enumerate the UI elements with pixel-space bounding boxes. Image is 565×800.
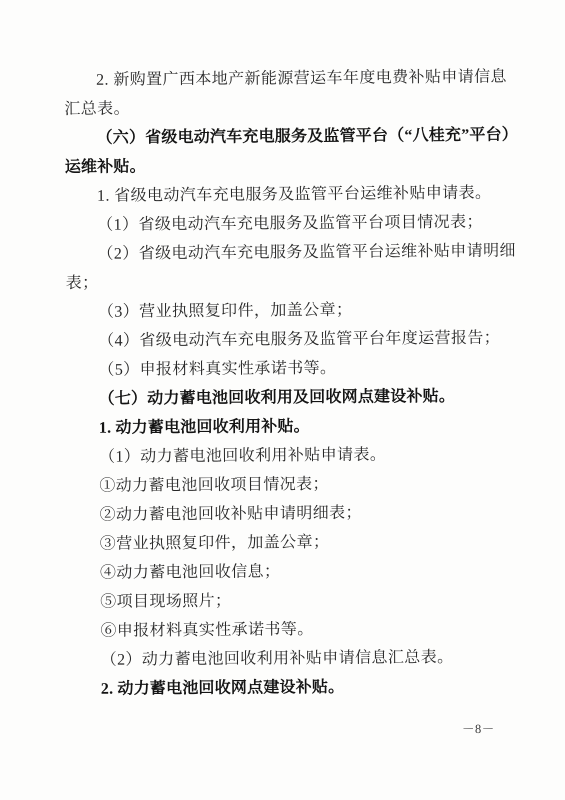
text-line: （六）省级电动汽车充电服务及监管平台（“八桂充”平台）	[64, 120, 516, 153]
text-line: ⑥申报材料真实性承诺书等。	[68, 613, 520, 646]
heading-paragraph: （七）动力蓄电池回收利用及回收网点建设补贴。	[67, 381, 519, 414]
text-line: （2）动力蓄电池回收利用补贴申请信息汇总表。	[69, 642, 521, 675]
document-page: 2. 新购置广西本地产新能源营运车年度电费补贴申请信息汇总表。（六）省级电动汽车…	[0, 0, 565, 800]
body-paragraph: （4）省级电动汽车充电服务及监管平台年度运营报告；	[66, 323, 518, 356]
text-line: 2. 新购置广西本地产新能源营运车年度电费补贴申请信息	[64, 62, 516, 95]
body-paragraph: ⑥申报材料真实性承诺书等。	[68, 613, 520, 646]
text-line: ④动力蓄电池回收信息；	[68, 555, 520, 588]
text-line: （1）省级电动汽车充电服务及监管平台项目情况表；	[65, 207, 517, 240]
text-line: （1）动力蓄电池回收利用补贴申请表。	[67, 439, 519, 472]
text-line: （5）申报材料真实性承诺书等。	[66, 352, 518, 385]
text-line: （3）营业执照复印件，加盖公章；	[66, 294, 518, 327]
body-paragraph: （1）动力蓄电池回收利用补贴申请表。	[67, 439, 519, 472]
text-line: ③营业执照复印件，加盖公章；	[68, 526, 520, 559]
document-body: 2. 新购置广西本地产新能源营运车年度电费补贴申请信息汇总表。（六）省级电动汽车…	[64, 62, 521, 704]
body-paragraph: （3）营业执照复印件，加盖公章；	[66, 294, 518, 327]
text-line: ⑤项目现场照片；	[68, 584, 520, 617]
body-paragraph: （1）省级电动汽车充电服务及监管平台项目情况表；	[65, 207, 517, 240]
text-line: ①动力蓄电池回收项目情况表；	[67, 468, 519, 501]
body-paragraph: ④动力蓄电池回收信息；	[68, 555, 520, 588]
text-line: 运维补贴。	[65, 149, 517, 182]
heading-paragraph: 2. 动力蓄电池回收网点建设补贴。	[69, 671, 521, 704]
text-line: （4）省级电动汽车充电服务及监管平台年度运营报告；	[66, 323, 518, 356]
body-paragraph: ②动力蓄电池回收补贴申请明细表；	[67, 497, 519, 530]
body-paragraph: 2. 新购置广西本地产新能源营运车年度电费补贴申请信息汇总表。	[64, 62, 516, 124]
body-paragraph: ⑤项目现场照片；	[68, 584, 520, 617]
body-paragraph: （2）省级电动汽车充电服务及监管平台运维补贴申请明细表；	[65, 236, 517, 298]
text-line: （2）省级电动汽车充电服务及监管平台运维补贴申请明细	[65, 236, 517, 269]
body-paragraph: （2）动力蓄电池回收利用补贴申请信息汇总表。	[69, 642, 521, 675]
body-paragraph: ①动力蓄电池回收项目情况表；	[67, 468, 519, 501]
page-number: －8－	[462, 719, 495, 737]
text-line: 表；	[66, 265, 518, 298]
text-line: ②动力蓄电池回收补贴申请明细表；	[67, 497, 519, 530]
body-paragraph: （5）申报材料真实性承诺书等。	[66, 352, 518, 385]
text-line: 2. 动力蓄电池回收网点建设补贴。	[69, 671, 521, 704]
text-line: 汇总表。	[64, 91, 516, 124]
body-paragraph: 1. 省级电动汽车充电服务及监管平台运维补贴申请表。	[65, 178, 517, 211]
text-line: 1. 省级电动汽车充电服务及监管平台运维补贴申请表。	[65, 178, 517, 211]
text-line: 1. 动力蓄电池回收利用补贴。	[67, 410, 519, 443]
body-paragraph: ③营业执照复印件，加盖公章；	[68, 526, 520, 559]
heading-paragraph: （六）省级电动汽车充电服务及监管平台（“八桂充”平台）运维补贴。	[64, 120, 516, 182]
text-line: （七）动力蓄电池回收利用及回收网点建设补贴。	[67, 381, 519, 414]
heading-paragraph: 1. 动力蓄电池回收利用补贴。	[67, 410, 519, 443]
